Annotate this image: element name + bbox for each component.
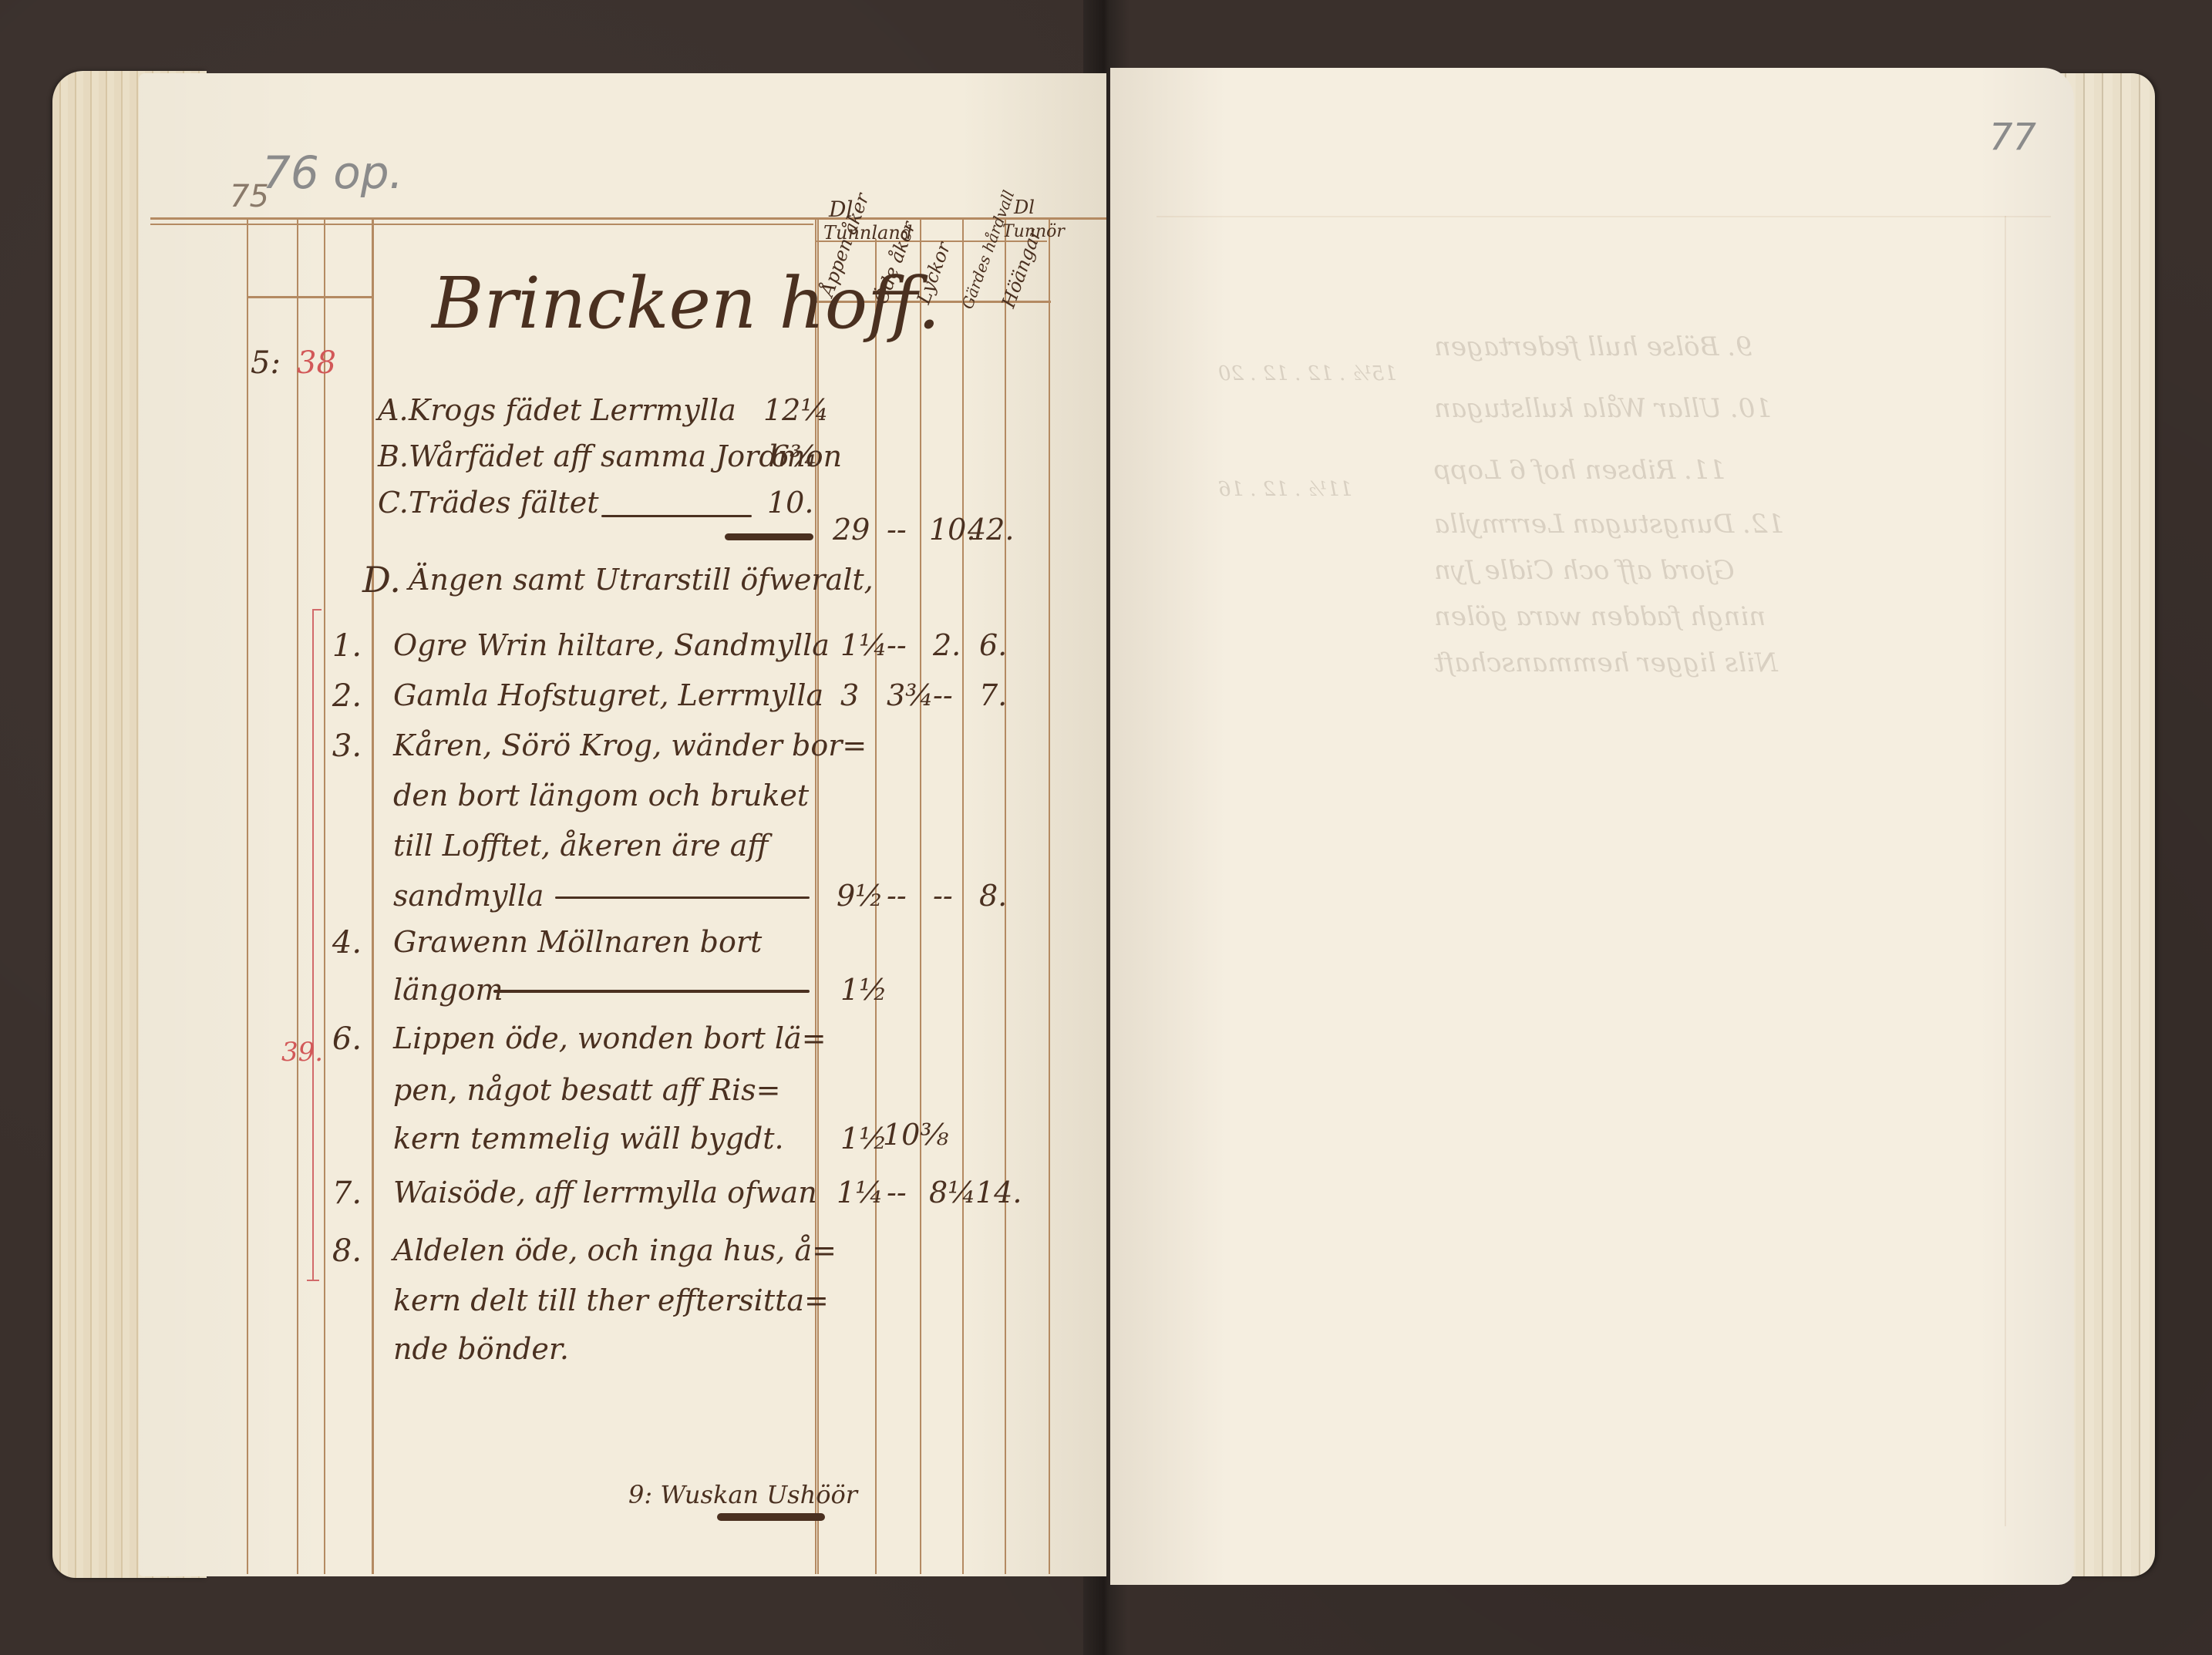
entry-A-amount: 12¼ xyxy=(763,393,829,427)
entry-7-val-4: 14. xyxy=(975,1176,1022,1209)
entry-3-val-4: 8. xyxy=(979,879,1007,913)
entry-3-val-3: -- xyxy=(933,879,953,913)
ruling-col-1 xyxy=(247,217,248,1574)
catchword: 9: Wuskan Ushöör xyxy=(628,1480,857,1509)
parcel-number: 5: xyxy=(251,345,281,381)
ruling-col-11 xyxy=(1049,217,1050,1574)
left-box-bottom-rule xyxy=(247,296,372,298)
entry-3-val-2: -- xyxy=(887,879,907,913)
bleedthrough-line-3: 10. Ullar Wåla kullstugan xyxy=(1434,393,1772,424)
entry-2-val-3: -- xyxy=(933,678,953,712)
bleedthrough-line-6: 12. Dungstugan Lerrmylla xyxy=(1434,509,1784,540)
bleedthrough-line-8: ningh fadden wara gölen xyxy=(1434,601,1766,632)
top-rule-double xyxy=(150,224,813,225)
entry-8-line-1: Aldelen öde, och inga hus, å= xyxy=(393,1233,837,1267)
entry-3-line-4: sandmylla xyxy=(393,879,544,913)
entry-3-line-3: till Lofftet, åkeren äre aff xyxy=(393,829,768,863)
bleedthrough-line-1: 9. Bölse hull federtagen xyxy=(1434,331,1752,362)
entry-C-text: Trädes fältet xyxy=(409,486,598,520)
entry-7-text: Waisöde, aff lerrmylla ofwan xyxy=(393,1176,817,1209)
entry-4-line-2: längom xyxy=(393,973,503,1007)
entry-3-line-1: Kåren, Sörö Krog, wänder bor= xyxy=(393,728,867,762)
parcel-number-red: 38 xyxy=(297,345,336,381)
total-col-1: 29 xyxy=(833,513,870,547)
entry-A-key: A. xyxy=(378,393,409,427)
entry-3-val-1: 9½ xyxy=(837,879,884,913)
bleedthrough-line-7: Gjord aff och Cidle Jyn xyxy=(1434,555,1735,586)
ruling-col-2 xyxy=(297,217,298,1574)
entry-6-line-2: pen, något besatt aff Ris= xyxy=(393,1073,780,1107)
pencil-annotation-folio: 76 op. xyxy=(262,146,403,199)
total-col-4: 42. xyxy=(968,513,1014,547)
ruling-col-8 xyxy=(920,217,921,1574)
entry-D-key: D. xyxy=(362,559,401,600)
entry-1-val-2: -- xyxy=(887,628,907,662)
entry-A-text: Krogs fädet Lerrmylla xyxy=(409,393,736,427)
entry-4-val-1: 1½ xyxy=(840,973,887,1007)
entry-2-val-2: 3¾ xyxy=(887,678,934,712)
entry-2-val-4: 7. xyxy=(979,678,1007,712)
entry-7-val-2: -- xyxy=(887,1176,907,1209)
entry-4-number: 4. xyxy=(320,925,374,960)
entry-3-dash xyxy=(555,896,810,899)
entry-C-underline xyxy=(725,533,813,540)
total-col-2: -- xyxy=(887,513,907,547)
entry-B-key: B. xyxy=(378,439,409,473)
entry-1-val-4: 6. xyxy=(979,628,1007,662)
entry-8-line-2: kern delt till ther efftersitta= xyxy=(393,1283,829,1317)
right-faint-rule-col xyxy=(2005,216,2006,1526)
entry-1-val-3: 2. xyxy=(933,628,961,662)
entry-D-text: Ängen samt Utrarstill öfweralt, xyxy=(409,563,874,597)
ruling-col-3 xyxy=(324,217,325,1574)
red-bracket-top xyxy=(312,609,322,611)
entry-3-number: 3. xyxy=(320,728,374,764)
entry-8-number: 8. xyxy=(320,1233,374,1269)
entry-8-line-3: nde bönder. xyxy=(393,1332,569,1366)
entry-4-dash xyxy=(493,990,810,993)
red-bracket-bottom xyxy=(307,1280,319,1281)
entry-1-number: 1. xyxy=(320,628,374,664)
entry-7-val-1: 1¼ xyxy=(837,1176,884,1209)
header-group-top-right: Dl xyxy=(1014,197,1035,218)
bleedthrough-line-2: 15½ . 12 . 12 . 20 xyxy=(1218,362,1397,385)
right-faint-rule-top xyxy=(1157,216,2051,217)
entry-C-key: C. xyxy=(378,486,409,520)
page-title: Brincken hoff. xyxy=(432,262,941,345)
entry-6-number: 6. xyxy=(320,1021,374,1057)
entry-2-val-1: 3 xyxy=(840,678,859,712)
entry-1-text: Ogre Wrin hiltare, Sandmylla xyxy=(393,628,830,662)
entry-7-number: 7. xyxy=(320,1176,374,1211)
entry-4-line-1: Grawenn Möllnaren bort xyxy=(393,925,762,959)
catchword-flourish xyxy=(717,1513,825,1521)
margin-red-note: 39. xyxy=(281,1037,323,1068)
bleedthrough-line-5: 11½ . 12 . 16 xyxy=(1218,478,1352,501)
entry-1-val-1: 1¼ xyxy=(840,628,887,662)
entry-B-amount: 6¾ xyxy=(771,439,818,473)
entry-6-line-1: Lippen öde, wonden bort lä= xyxy=(393,1021,827,1055)
entry-2-text: Gamla Hofstugret, Lerrmylla xyxy=(393,678,823,712)
entry-C-dash xyxy=(601,515,752,517)
red-bracket-line xyxy=(312,609,314,1280)
entry-C-amount: 10. xyxy=(767,486,813,520)
entry-3-line-2: den bort längom och bruket xyxy=(393,779,809,812)
right-page xyxy=(1110,68,2074,1585)
entry-6-val-1: 1½ xyxy=(840,1122,887,1155)
entry-7-val-3: 8¼ xyxy=(929,1176,976,1209)
bleedthrough-line-9: Nils ligger hemmanschaft xyxy=(1434,648,1778,678)
entry-6-val-2: 10⅜ xyxy=(883,1118,948,1152)
pencil-page-number: 77 xyxy=(1989,116,2036,159)
ruling-col-4 xyxy=(372,217,374,1574)
ruling-col-9 xyxy=(962,217,964,1574)
bleedthrough-line-4: 11. Ribsen hof 6 Lopp xyxy=(1434,455,1725,486)
entry-6-line-3: kern temmelig wäll bygdt. xyxy=(393,1122,784,1155)
entry-2-number: 2. xyxy=(320,678,374,714)
